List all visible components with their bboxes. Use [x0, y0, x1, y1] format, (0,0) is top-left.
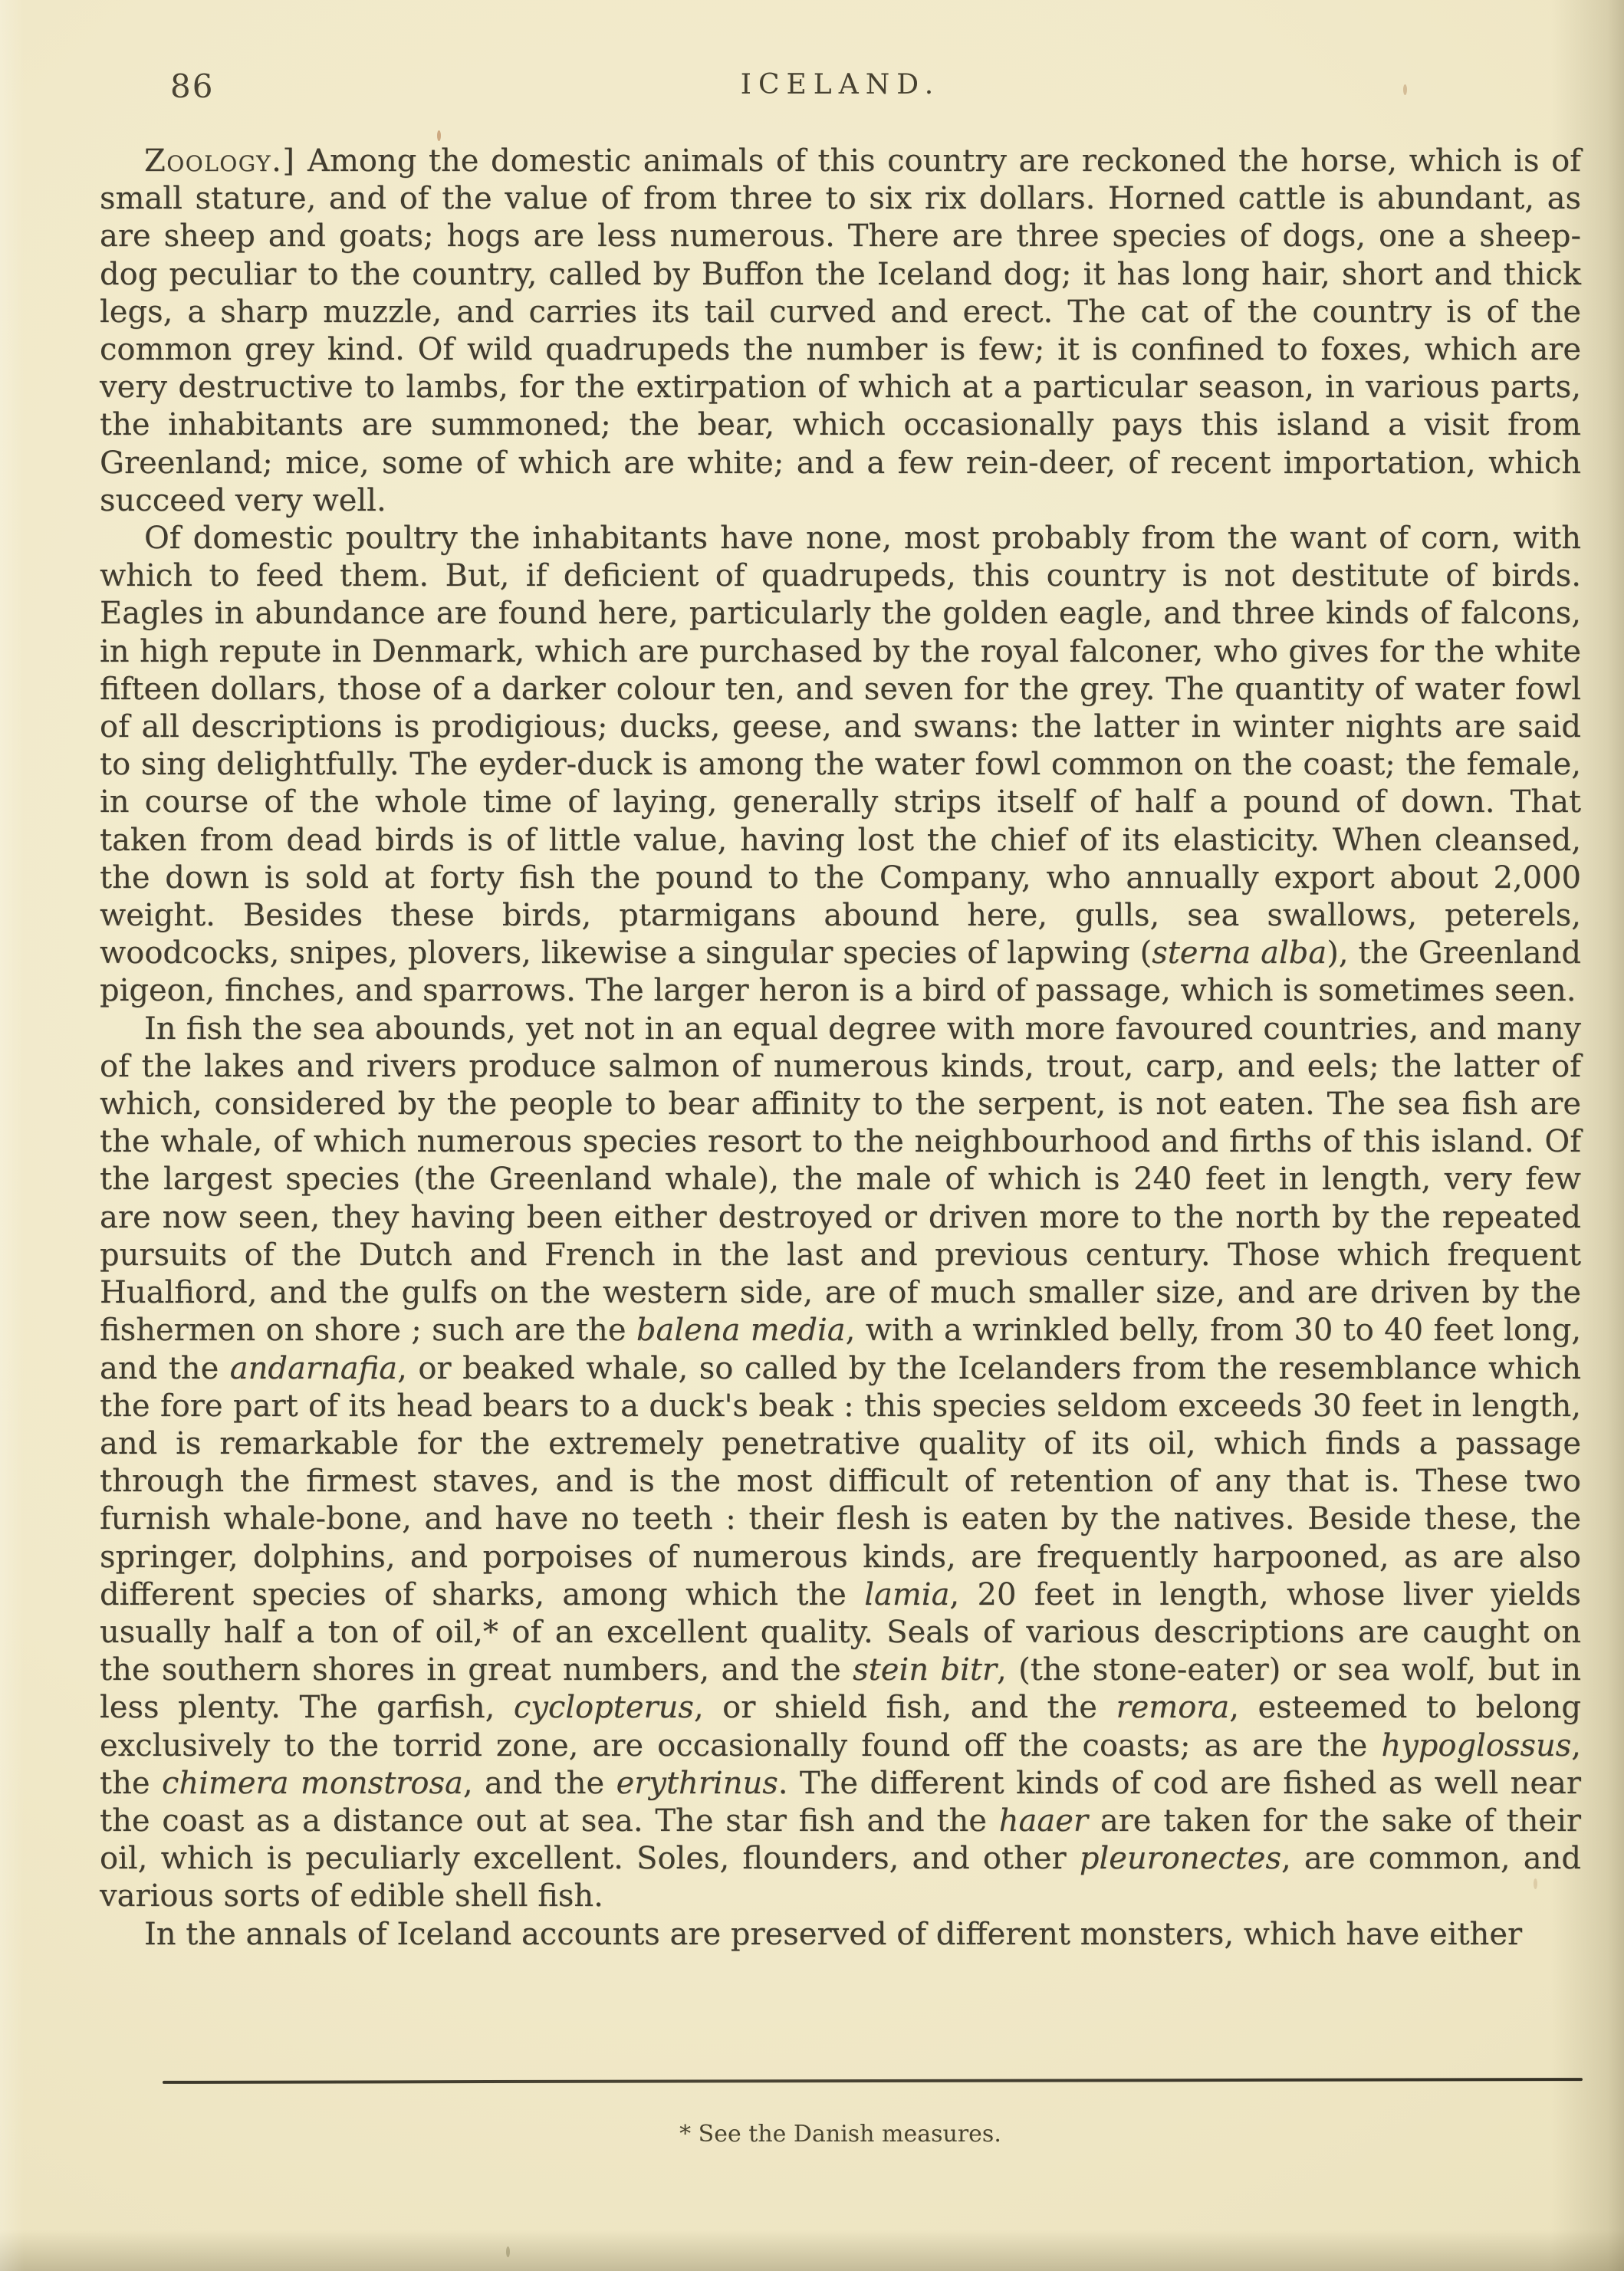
- text-run: chimera monstrosa: [162, 1766, 463, 1801]
- paragraph: In fish the sea abounds, yet not in an e…: [100, 1011, 1581, 1916]
- text-run: pleuronectes: [1080, 1841, 1281, 1876]
- book-page: 86 ICELAND. Zoology.] Among the domestic…: [0, 0, 1624, 2271]
- text-run: erythrinus: [616, 1766, 778, 1801]
- text-run: In fish the sea abounds, yet not in an e…: [100, 1011, 1581, 1349]
- text-run: hypoglossus: [1381, 1728, 1571, 1763]
- paragraph: Of domestic poultry the inhabitants have…: [100, 520, 1581, 1011]
- text-run: Among the domestic animals of this count…: [100, 143, 1581, 518]
- page-header: 86 ICELAND.: [100, 67, 1581, 113]
- text-run: sterna alba: [1152, 935, 1326, 971]
- paragraph: Zoology.] Among the domestic animals of …: [100, 143, 1581, 520]
- paragraph: In the annals of Iceland accounts are pr…: [100, 1916, 1581, 1954]
- footnote: * See the Danish measures.: [100, 2121, 1581, 2148]
- text-run: , or beaked whale, so called by the Icel…: [100, 1351, 1581, 1612]
- running-head-title: ICELAND.: [100, 69, 1581, 100]
- text-run: lamia: [864, 1577, 949, 1612]
- text-run: In the annals of Iceland accounts are pr…: [144, 1917, 1522, 1952]
- text-run: , and the: [463, 1766, 616, 1801]
- text-run: , or shield fish, and the: [694, 1690, 1116, 1725]
- footnote-separator: [163, 2078, 1583, 2084]
- text-run: Of domestic poultry the inhabitants have…: [100, 521, 1581, 971]
- text-run: Zoology.]: [144, 143, 295, 179]
- text-run: andarnafia: [230, 1351, 397, 1386]
- text-run: haaer: [999, 1803, 1088, 1839]
- text-run: stein bitr: [853, 1652, 997, 1688]
- text-block: Zoology.] Among the domestic animals of …: [100, 143, 1581, 1954]
- text-run: remora: [1116, 1690, 1229, 1725]
- text-run: balena media: [636, 1313, 846, 1348]
- text-run: cyclopterus: [514, 1690, 694, 1725]
